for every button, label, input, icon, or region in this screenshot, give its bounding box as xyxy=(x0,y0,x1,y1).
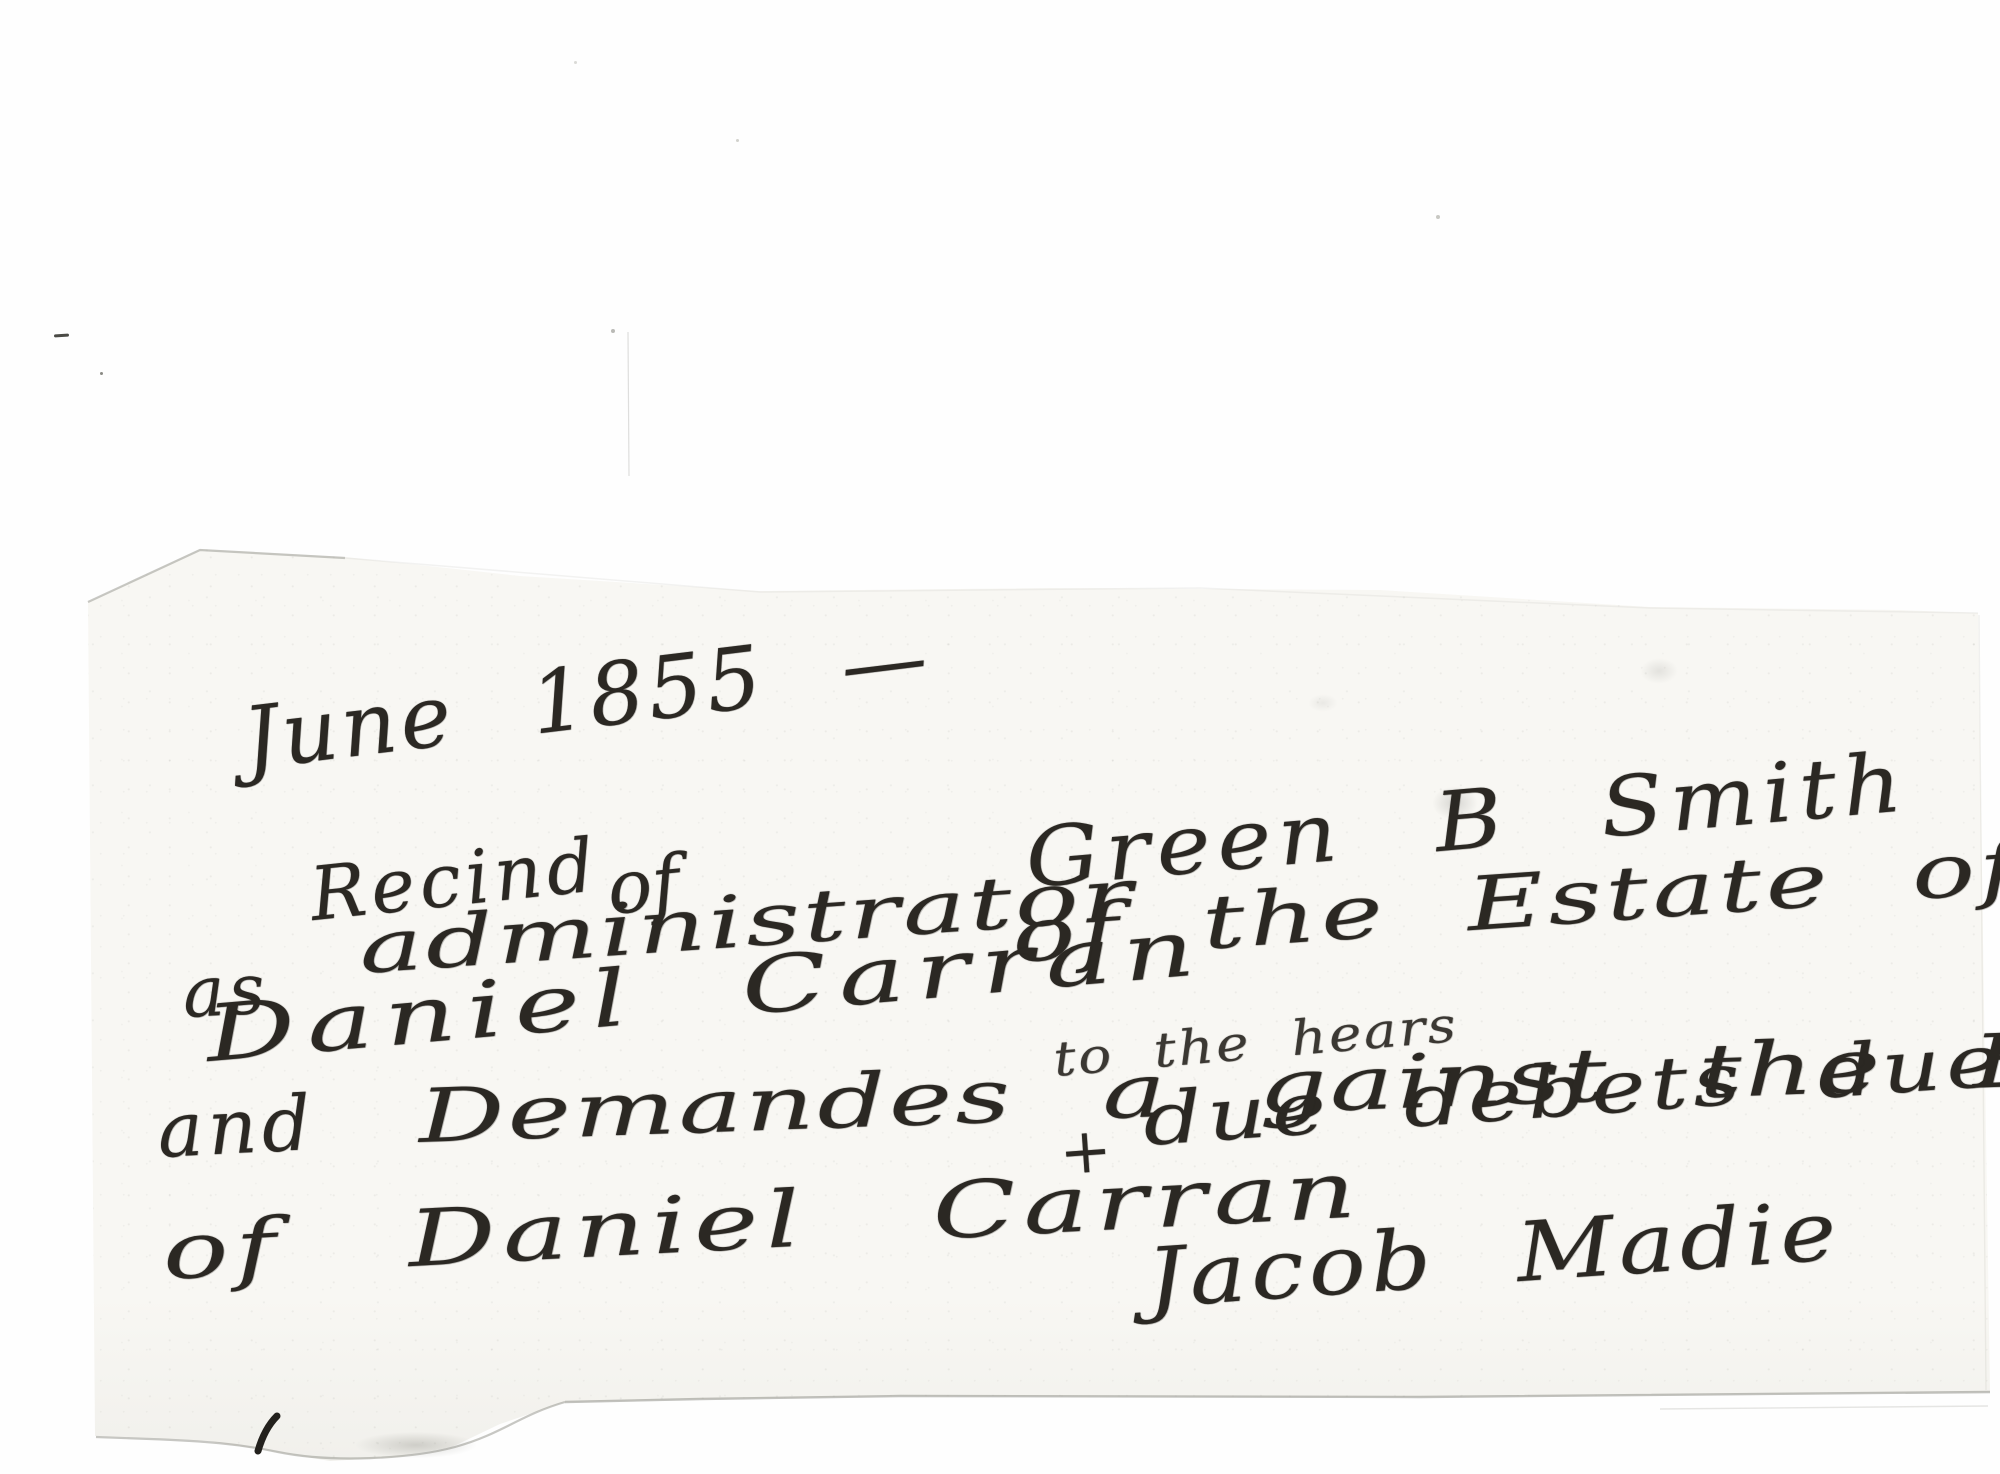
torn-edge-bottom-left xyxy=(96,1402,565,1458)
torn-edge-right xyxy=(1979,615,1986,1390)
scan-scratch xyxy=(628,332,629,476)
torn-edge-shadow-line xyxy=(1660,1406,1988,1409)
tear-shadow xyxy=(356,1432,476,1458)
torn-edge-top xyxy=(345,558,1978,613)
document-scan: June 1855 — Recind of Green B Smith as a… xyxy=(0,0,2000,1474)
paper-speck xyxy=(574,61,577,64)
paper-speck xyxy=(1436,215,1440,219)
torn-edge-top-left xyxy=(88,550,345,602)
paper-speck xyxy=(611,329,615,333)
ink-smudge xyxy=(1640,658,1678,684)
paper-speck xyxy=(736,139,739,142)
handwriting-and-word: and xyxy=(155,1078,317,1175)
ink-smudge xyxy=(1432,786,1478,820)
ink-blot xyxy=(258,1416,277,1451)
paper-speck xyxy=(100,372,103,375)
ink-smudge xyxy=(1308,694,1338,712)
torn-edge-bottom-right xyxy=(565,1392,1990,1402)
